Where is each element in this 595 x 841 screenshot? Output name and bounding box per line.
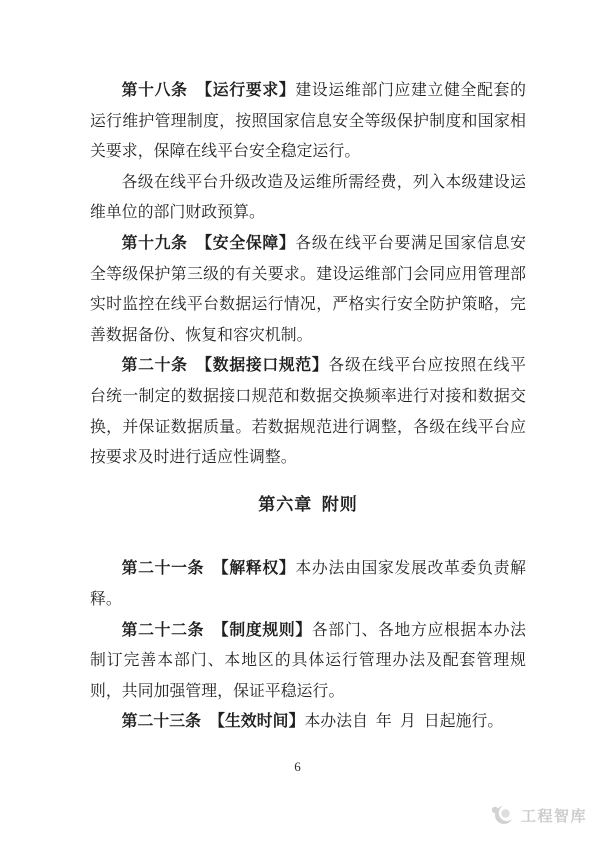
article-label: 【运行要求】: [196, 82, 296, 99]
article-paragraph-19: 第十九条 【安全保障】各级在线平台要满足国家信息安全等级保护第三级的有关要求。建…: [90, 229, 526, 351]
article-label: 【生效时间】: [209, 713, 304, 730]
article-paragraph-18: 第十八条 【运行要求】建设运维部门应建立健全配套的运行维护管理制度，按照国家信息…: [90, 76, 526, 168]
article-number: 第十九条: [122, 235, 196, 252]
article-paragraph-22: 第二十二条 【制度规则】各部门、各地方应根据本办法制订完善本部门、本地区的具体运…: [90, 616, 526, 708]
page-number: 6: [0, 759, 595, 775]
article-label: 【制度规则】: [212, 622, 312, 639]
article-paragraph-21: 第二十一条 【解释权】本办法由国家发展改革委负责解释。: [90, 554, 526, 615]
article-paragraph-20: 第二十条 【数据接口规范】各级在线平台应按照在线平台统一制定的数据接口规范和数据…: [90, 351, 526, 473]
brand-watermark-text: 工程智库: [521, 805, 587, 826]
article-text: 本办法自 年 月 日起施行。: [304, 713, 503, 730]
article-paragraph-18-cont: 各级在线平台升级改造及运维所需经费，列入本级建设运维单位的部门财政预算。: [90, 168, 526, 229]
brand-watermark: 工程智库: [488, 803, 587, 827]
article-label: 【数据接口规范】: [196, 357, 329, 374]
article-number: 第二十条: [122, 357, 196, 374]
article-number: 第二十二条: [122, 622, 213, 639]
article-number: 第二十一条: [122, 560, 213, 577]
article-paragraph-23: 第二十三条 【生效时间】本办法自 年 月 日起施行。: [90, 707, 526, 738]
article-number: 第十八条: [122, 82, 196, 99]
swirl-logo-icon: [488, 803, 516, 827]
article-text: 各级在线平台升级改造及运维所需经费，列入本级建设运维单位的部门财政预算。: [90, 174, 526, 222]
article-number: 第二十三条: [122, 713, 209, 730]
document-page: 第十八条 【运行要求】建设运维部门应建立健全配套的运行维护管理制度，按照国家信息…: [0, 0, 595, 841]
article-label: 【解释权】: [212, 560, 295, 577]
document-body: 第十八条 【运行要求】建设运维部门应建立健全配套的运行维护管理制度，按照国家信息…: [90, 76, 526, 738]
article-label: 【安全保障】: [196, 235, 296, 252]
chapter-heading-text: 第六章 附则: [258, 495, 358, 514]
chapter-heading: 第六章 附则: [90, 490, 526, 521]
